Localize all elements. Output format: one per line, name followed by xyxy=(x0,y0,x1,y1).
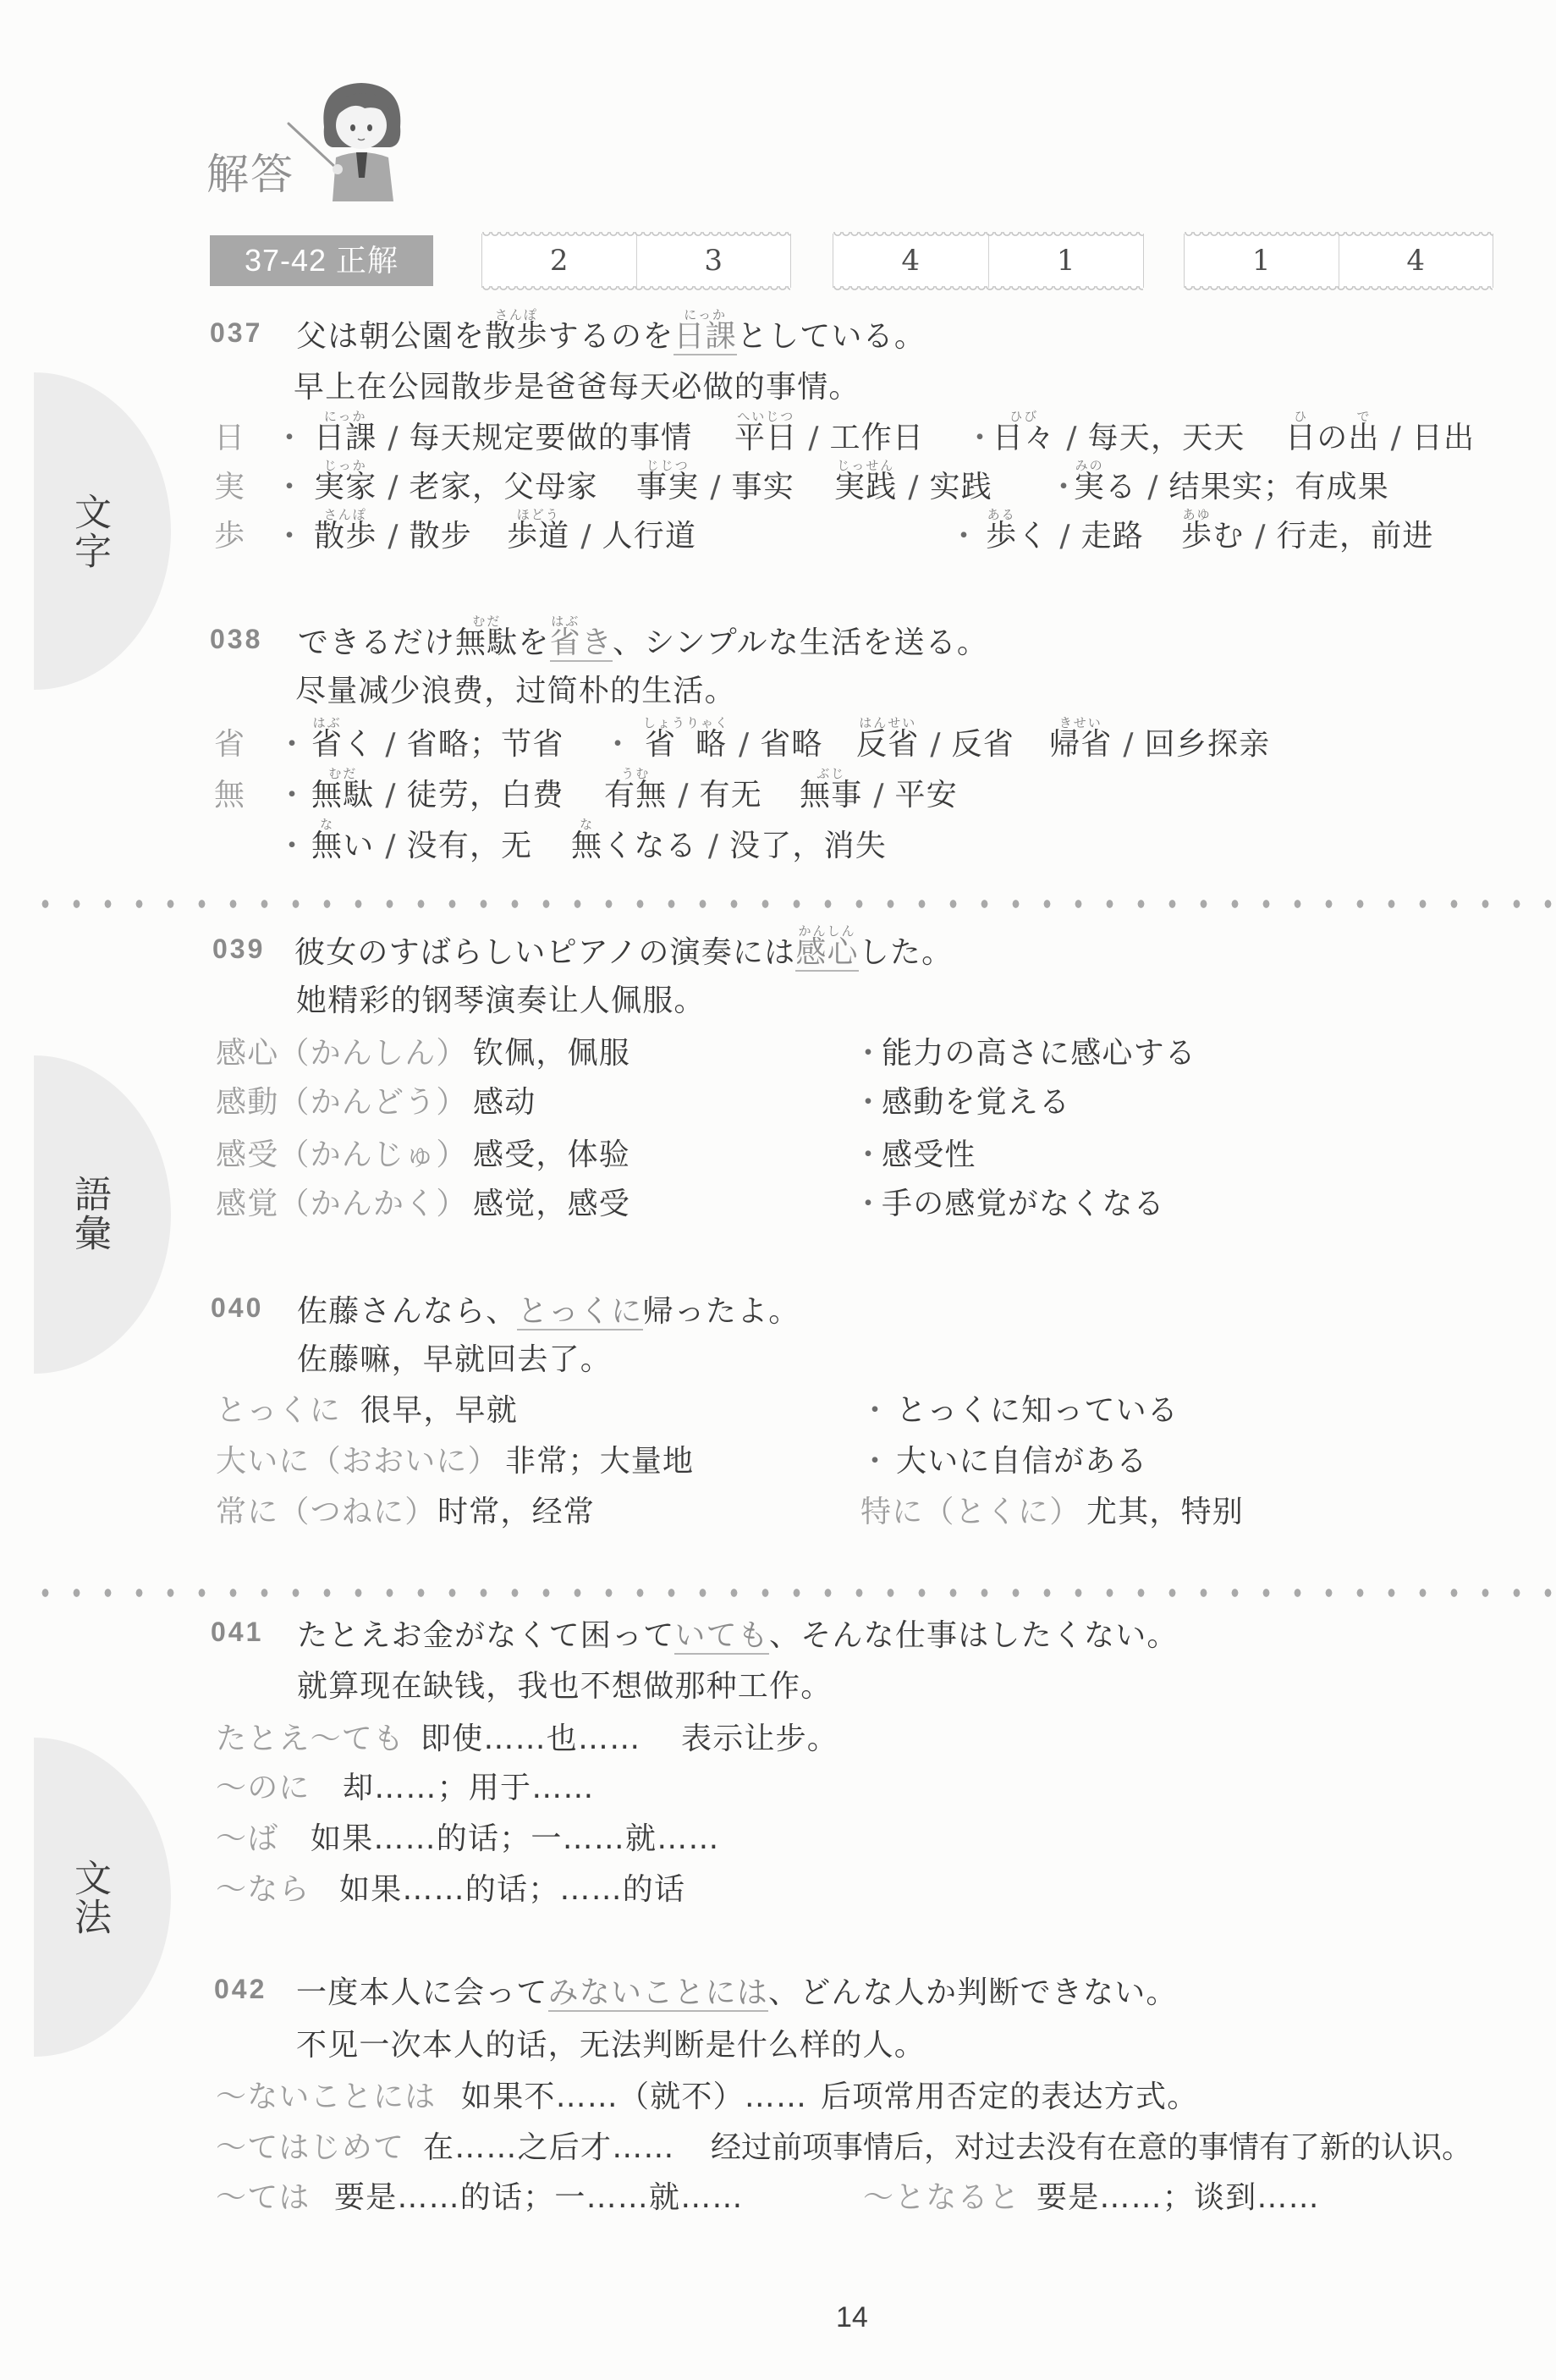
q039-translation: 她精彩的钢琴演奏让人佩服。 xyxy=(296,984,706,1018)
example-phrase: とっくに知っている xyxy=(896,1394,1179,1428)
word-kana: の xyxy=(1317,421,1348,455)
sentence-text: としている。 xyxy=(737,320,926,354)
furigana: で xyxy=(1336,410,1391,423)
vocab-entry: ほどう歩道 / 人行道 xyxy=(507,520,696,554)
vocab-meaning: 尤其，特别 xyxy=(1086,1496,1244,1529)
meaning: 老家，父母家 xyxy=(410,471,598,504)
word: 歩 xyxy=(986,519,1017,554)
ruby-word: さんぽ散歩 xyxy=(485,320,547,354)
furigana: かんしん xyxy=(783,925,870,938)
answer-group-2: 4 1 xyxy=(833,234,1144,288)
bullet-icon: ・ xyxy=(948,520,980,554)
meaning: 每天规定要做的事情 xyxy=(410,421,693,455)
kanji-label: 無 xyxy=(214,779,245,813)
separator: / xyxy=(873,779,883,813)
meaning: 实践 xyxy=(930,471,992,504)
ruby-word: ひ日 xyxy=(1285,421,1317,455)
teacher-mascot-icon xyxy=(283,74,415,210)
ruby-word: しょうりゃく省略 xyxy=(645,728,728,762)
word: 無事 xyxy=(800,778,862,813)
vocab-word: 大いに（おおいに） xyxy=(216,1445,499,1479)
bullet-icon: ・ xyxy=(277,779,308,813)
bullet-icon: ・ xyxy=(853,1086,884,1120)
side-tab-moji-label: 文字 xyxy=(69,493,108,570)
meaning: 省略；节省 xyxy=(407,728,564,762)
vocab-word: 感受（かんじゅ） xyxy=(216,1138,468,1172)
answer-cell: 4 xyxy=(833,234,988,288)
meaning: 工作日 xyxy=(830,421,925,455)
separator: / xyxy=(678,779,688,813)
grammar-note: 后项常用否定的表达方式。 xyxy=(821,2080,1198,2114)
sentence-text: 彼女のすばらしいピアノの演奏には xyxy=(294,936,795,970)
vocab-meaning: 感受，体验 xyxy=(473,1138,630,1172)
ruby-word: な無 xyxy=(311,829,343,863)
question-number: 038 xyxy=(210,622,262,656)
grammar-note: 表示让步。 xyxy=(681,1722,838,1756)
okurigana: く xyxy=(1017,520,1048,554)
eye xyxy=(350,124,355,131)
vocab-entry: しょうりゃく省略 / 省略 xyxy=(645,728,823,762)
vocab-meaning: 很早，早就 xyxy=(360,1394,518,1428)
ruby-word: みの実 xyxy=(1074,471,1105,504)
ruby-word: ある歩 xyxy=(986,520,1017,554)
vocab-entry: ひび日々 / 每天，天天 xyxy=(992,421,1245,455)
word: みないことには xyxy=(548,1976,768,2010)
side-tab-goi-label: 語彙 xyxy=(69,1175,108,1253)
q037-sentence: 父は朝公園を さんぽ散歩 するのを にっか日課 としている。 xyxy=(296,320,926,354)
vocab-entry: うむ有無 / 有无 xyxy=(604,779,762,813)
question-number: 037 xyxy=(210,316,262,350)
vocab-meaning: 感觉，感受 xyxy=(473,1187,630,1221)
vocab-meaning: 时常，经常 xyxy=(437,1496,595,1529)
furigana: はぶ xyxy=(538,615,593,628)
separator: / xyxy=(580,520,591,554)
word: 実 xyxy=(1074,470,1105,504)
ruby-word: あゆ歩 xyxy=(1181,520,1212,554)
ruby-word: きせい帰省 xyxy=(1049,728,1112,762)
sentence-text: できるだけ xyxy=(298,626,455,660)
vocab-entry: さんぽ散歩 / 散步 xyxy=(314,520,472,554)
answer-group-1: 2 3 xyxy=(481,234,791,288)
separator: / xyxy=(710,471,720,504)
word: 有無 xyxy=(604,778,667,813)
word: 無駄 xyxy=(311,778,374,813)
example-phrase: 感動を覚える xyxy=(882,1086,1070,1120)
sentence-text: 、そんな仕事はしたくない。 xyxy=(769,1619,1179,1653)
furigana: うむ xyxy=(592,768,679,780)
answer-bar-label: 37-42 正解 xyxy=(210,235,433,286)
question-number: 042 xyxy=(214,1972,267,2006)
grammar-meaning: 即使……也…… xyxy=(421,1722,641,1756)
meaning: 行走，前进 xyxy=(1277,520,1434,554)
vocab-word: とっくに xyxy=(216,1394,341,1428)
target-word: かんしん感心 xyxy=(795,936,858,972)
grammar-meaning: 却……；用于…… xyxy=(343,1771,595,1805)
vocab-meaning: 钦佩，佩服 xyxy=(473,1037,630,1071)
ruby-word: じっせん実践 xyxy=(834,471,897,504)
separator: / xyxy=(388,421,398,455)
furigana: しょうりゃく xyxy=(633,717,740,730)
q042-translation: 不见一次本人的话，无法判断是什么样的人。 xyxy=(296,2029,926,2063)
meaning: 走路 xyxy=(1081,520,1144,554)
ruby-word: ぶじ無事 xyxy=(800,779,862,813)
bullet-icon: ・ xyxy=(274,421,305,455)
vocab-word: 特に（とくに） xyxy=(860,1496,1080,1529)
sentence-text: 、シンプルな生活を送る。 xyxy=(613,626,988,660)
bullet-icon: ・ xyxy=(274,471,305,504)
ruby-word: じっか実家 xyxy=(314,471,377,504)
q040-sentence: 佐藤さんなら、 とっくに 帰ったよ。 xyxy=(297,1295,800,1329)
sentence-text: を xyxy=(518,626,549,660)
sentence-text: たとえお金がなくて困って xyxy=(297,1619,674,1653)
question-number: 041 xyxy=(211,1615,263,1649)
word: 散歩 xyxy=(314,519,377,554)
section-divider xyxy=(34,899,1556,909)
separator: / xyxy=(930,728,940,762)
meaning: 有无 xyxy=(700,779,762,813)
furigana: ある xyxy=(974,509,1029,521)
bullet-icon: ・ xyxy=(853,1187,884,1221)
bullet-icon: ・ xyxy=(860,1394,891,1428)
word: 省略 xyxy=(645,727,746,762)
kanji-label: 省 xyxy=(214,728,245,762)
bullet-icon: ・ xyxy=(965,421,996,455)
meaning: 省略 xyxy=(760,728,822,762)
bullet-icon: ・ xyxy=(860,1445,891,1479)
question-number: 040 xyxy=(211,1291,263,1325)
separator: / xyxy=(388,520,398,554)
ruby-word: ほどう歩道 xyxy=(507,520,569,554)
furigana: あゆ xyxy=(1169,509,1224,521)
separator: / xyxy=(1123,728,1133,762)
q041-sentence: たとえお金がなくて困って いても 、そんな仕事はしたくない。 xyxy=(297,1619,1179,1653)
vocab-entry: はんせい反省 / 反省 xyxy=(856,728,1014,762)
furigana: ひ xyxy=(1273,410,1328,423)
word: 実践 xyxy=(834,470,897,504)
bullet-icon: ・ xyxy=(277,728,308,762)
vocab-entry: じじつ事実 / 事实 xyxy=(636,471,794,504)
vocab-entry: な無 い / 没有，无 xyxy=(311,829,532,863)
meaning: 散步 xyxy=(410,520,472,554)
word: 省 xyxy=(550,625,581,660)
sentence-text: 一度本人に会って xyxy=(296,1976,548,2010)
vocab-entry: な無 くなる / 没了，消失 xyxy=(571,829,887,863)
vocab-entry: あゆ歩 む / 行走，前进 xyxy=(1181,520,1434,554)
sentence-text: 帰ったよ。 xyxy=(643,1295,800,1329)
furigana: むだ xyxy=(443,615,530,628)
ruby-word: へいじつ平日 xyxy=(734,421,797,455)
vocab-entry: みの実 る / 结果实；有成果 xyxy=(1074,471,1389,504)
furigana: きせい xyxy=(1037,717,1124,730)
word: 無 xyxy=(311,829,343,863)
furigana: ひび xyxy=(981,410,1067,423)
page-number: 14 xyxy=(836,2300,868,2334)
answer-cell: 3 xyxy=(636,234,791,288)
target-word: にっか日課 xyxy=(674,320,736,355)
furigana: じじつ xyxy=(624,460,711,472)
grammar-meaning: 要是……；谈到…… xyxy=(1036,2181,1320,2215)
word: 出 xyxy=(1348,421,1379,455)
furigana: ぶじ xyxy=(788,768,874,780)
furigana: な xyxy=(300,818,355,831)
ruby-word: はんせい反省 xyxy=(856,728,919,762)
meaning: 人行道 xyxy=(602,520,697,554)
vocab-meaning: 感动 xyxy=(473,1086,536,1120)
okurigana: む xyxy=(1212,520,1244,554)
grammar-meaning: 如果……的话；一……就…… xyxy=(311,1822,720,1856)
target-word: みないことには xyxy=(548,1976,768,2012)
sentence-text: 、どんな人か判断できない。 xyxy=(768,1976,1178,2010)
word: 無駄 xyxy=(455,625,518,660)
vocab-entry: はぶ省 く / 省略；节省 xyxy=(311,728,564,762)
furigana: さんぽ xyxy=(473,309,559,322)
furigana: な xyxy=(559,818,614,831)
sentence-text: するのを xyxy=(548,320,674,354)
grammar-pattern: ～ば xyxy=(216,1822,278,1856)
grammar-pattern: ～なら xyxy=(216,1873,311,1907)
vocab-entry: ひ日 の で出 / 日出 xyxy=(1285,421,1475,455)
grammar-note: 经过前项事情后，对过去没有在意的事情有了新的认识。 xyxy=(711,2131,1472,2165)
separator: / xyxy=(1147,471,1157,504)
furigana: みの xyxy=(1062,460,1117,472)
q039-sentence: 彼女のすばらしいピアノの演奏には かんしん感心 した。 xyxy=(294,936,953,970)
q041-translation: 就算现在缺钱，我也不想做那种工作。 xyxy=(297,1670,832,1704)
kanji-label: 日 xyxy=(214,421,245,455)
vocab-entry: じっか実家 / 老家，父母家 xyxy=(314,471,598,504)
separator: / xyxy=(1391,421,1401,455)
grammar-pattern: ～のに xyxy=(216,1771,311,1805)
grammar-pattern: ～となると xyxy=(863,2181,1020,2215)
page-title: 解答 xyxy=(206,149,294,200)
ruby-word: な無 xyxy=(571,829,602,863)
meaning: 回乡探亲 xyxy=(1145,728,1271,762)
word: 散歩 xyxy=(485,319,547,354)
furigana: じっか xyxy=(302,460,388,472)
separator: / xyxy=(385,829,395,863)
furigana: にっか xyxy=(302,410,388,423)
q042-sentence: 一度本人に会って みないことには 、どんな人か判断できない。 xyxy=(296,1976,1178,2010)
target-word: とっくに xyxy=(517,1295,642,1330)
ruby-word: かんしん感心 xyxy=(795,936,858,970)
bullet-icon: ・ xyxy=(853,1037,884,1071)
word: 日課 xyxy=(314,421,377,455)
okurigana: くなる xyxy=(602,829,697,863)
word: 省 xyxy=(311,727,343,762)
meaning: 没有，无 xyxy=(407,829,533,863)
answer-cell: 1 xyxy=(1185,234,1339,288)
word: 無 xyxy=(571,829,602,863)
vocab-entry: きせい帰省 / 回乡探亲 xyxy=(1049,728,1270,762)
bullet-icon: ・ xyxy=(853,1138,884,1172)
okurigana: く xyxy=(343,728,374,762)
bullet-icon: ・ xyxy=(602,728,634,762)
vocab-entry: むだ無駄 / 徒劳，白费 xyxy=(311,779,564,813)
ruby-word: にっか日課 xyxy=(674,320,736,354)
meaning: 反省 xyxy=(952,728,1014,762)
vocab-entry: じっせん実践 / 实践 xyxy=(834,471,992,504)
kanji-label: 歩 xyxy=(214,520,245,554)
word: 平日 xyxy=(734,421,797,455)
furigana: ほどう xyxy=(495,509,581,521)
answer-cell: 1 xyxy=(988,234,1144,288)
furigana: へいじつ xyxy=(723,410,809,423)
word: いても xyxy=(674,1619,769,1653)
sentence-text: 佐藤さんなら、 xyxy=(297,1295,517,1329)
grammar-meaning: 要是……的话；一……就…… xyxy=(334,2181,744,2215)
kanji-label: 実 xyxy=(214,471,245,504)
vocab-entry: ある歩 く / 走路 xyxy=(986,520,1144,554)
bullet-icon: ・ xyxy=(277,829,308,863)
answer-group-3: 1 4 xyxy=(1184,234,1493,288)
grammar-pattern: ～ては xyxy=(216,2181,311,2215)
hand xyxy=(333,164,343,174)
ruby-word: はぶ省 xyxy=(311,728,343,762)
sentence-text: 父は朝公園を xyxy=(296,320,485,354)
eye xyxy=(367,124,372,131)
ruby-word: むだ無駄 xyxy=(311,779,374,813)
grammar-pattern: ～ないことには xyxy=(216,2080,436,2114)
meaning: 日出 xyxy=(1412,421,1475,455)
meaning: 没了，消失 xyxy=(729,829,887,863)
bullet-icon: ・ xyxy=(274,520,305,554)
furigana: さんぽ xyxy=(302,509,388,521)
separator: / xyxy=(385,728,395,762)
ruby-word: じじつ事実 xyxy=(636,471,699,504)
example-phrase: 感受性 xyxy=(882,1138,976,1172)
furigana: はんせい xyxy=(844,717,931,730)
target-word: はぶ省き xyxy=(550,626,613,662)
grammar-pattern: ～てはじめて xyxy=(216,2131,404,2165)
ruby-word: はぶ省 xyxy=(550,626,581,660)
meaning: 事实 xyxy=(732,471,794,504)
vocab-word: 感心（かんしん） xyxy=(216,1037,468,1071)
separator: / xyxy=(385,779,395,813)
word: 感心 xyxy=(795,935,858,970)
answer-cell: 4 xyxy=(1339,234,1493,288)
vocab-word: 感覚（かんかく） xyxy=(216,1187,468,1221)
ruby-word: さんぽ散歩 xyxy=(314,520,377,554)
separator: / xyxy=(908,471,918,504)
q040-translation: 佐藤嘛，早就回去了。 xyxy=(297,1343,612,1377)
vocab-word: 感動（かんどう） xyxy=(216,1086,468,1120)
vocab-meaning: 非常；大量地 xyxy=(505,1445,694,1479)
q038-sentence: できるだけ むだ無駄 を はぶ省き 、シンプルな生活を送る。 xyxy=(298,626,988,660)
okurigana: る xyxy=(1105,471,1136,504)
meaning: 平安 xyxy=(895,779,958,813)
word: 実家 xyxy=(314,470,377,504)
ruby-word: で出 xyxy=(1348,421,1379,455)
grammar-meaning: 如果不……（就不）…… xyxy=(461,2080,807,2114)
grammar-meaning: 在……之后才…… xyxy=(423,2131,675,2165)
furigana: じっせん xyxy=(822,460,909,472)
separator: / xyxy=(1255,520,1265,554)
word: とっくに xyxy=(517,1295,642,1329)
meaning: 每天，天天 xyxy=(1088,421,1245,455)
vocab-entry: へいじつ平日 / 工作日 xyxy=(734,421,924,455)
q038-translation: 尽量减少浪费，过简朴的生活。 xyxy=(295,675,736,708)
section-divider xyxy=(34,1588,1556,1598)
sentence-text: した。 xyxy=(859,936,954,970)
grammar-meaning: 如果……的话；……的话 xyxy=(339,1873,685,1907)
meaning: 徒劳，白费 xyxy=(407,779,564,813)
okurigana: き xyxy=(581,626,613,660)
separator: / xyxy=(1066,421,1076,455)
target-word: いても xyxy=(674,1619,769,1655)
separator: / xyxy=(388,471,398,504)
side-tab-bunpou-label: 文法 xyxy=(69,1859,108,1937)
separator: / xyxy=(1059,520,1069,554)
example-phrase: 大いに自信がある xyxy=(896,1445,1148,1479)
ruby-word: うむ有無 xyxy=(604,779,667,813)
example-phrase: 手の感覚がなくなる xyxy=(882,1187,1165,1221)
ruby-word: にっか日課 xyxy=(314,421,377,455)
word: 事実 xyxy=(636,470,699,504)
word: 日課 xyxy=(674,319,736,354)
meaning: 结果实；有成果 xyxy=(1169,471,1389,504)
word: 反省 xyxy=(856,727,919,762)
furigana: むだ xyxy=(300,768,386,780)
word: 歩 xyxy=(1181,519,1212,554)
word: 日々 xyxy=(992,421,1055,455)
separator: / xyxy=(808,421,818,455)
vocab-entry: ぶじ無事 / 平安 xyxy=(800,779,958,813)
separator: / xyxy=(708,829,718,863)
example-phrase: 能力の高さに感心する xyxy=(882,1037,1196,1071)
vocab-entry: にっか日課 / 每天规定要做的事情 xyxy=(314,421,692,455)
furigana: にっか xyxy=(662,309,748,322)
question-number: 039 xyxy=(212,932,265,966)
furigana: はぶ xyxy=(300,717,355,730)
ruby-word: ひび日々 xyxy=(992,421,1055,455)
answer-cell: 2 xyxy=(482,234,636,288)
word: 帰省 xyxy=(1049,727,1112,762)
grammar-pattern: たとえ～ても xyxy=(216,1722,404,1756)
word: 歩道 xyxy=(507,519,569,554)
vocab-word: 常に（つねに） xyxy=(216,1496,436,1529)
word: 日 xyxy=(1285,421,1317,455)
q037-translation: 早上在公园散步是爸爸每天必做的事情。 xyxy=(294,371,860,405)
ruby-word: むだ無駄 xyxy=(455,626,518,660)
okurigana: い xyxy=(343,829,374,863)
